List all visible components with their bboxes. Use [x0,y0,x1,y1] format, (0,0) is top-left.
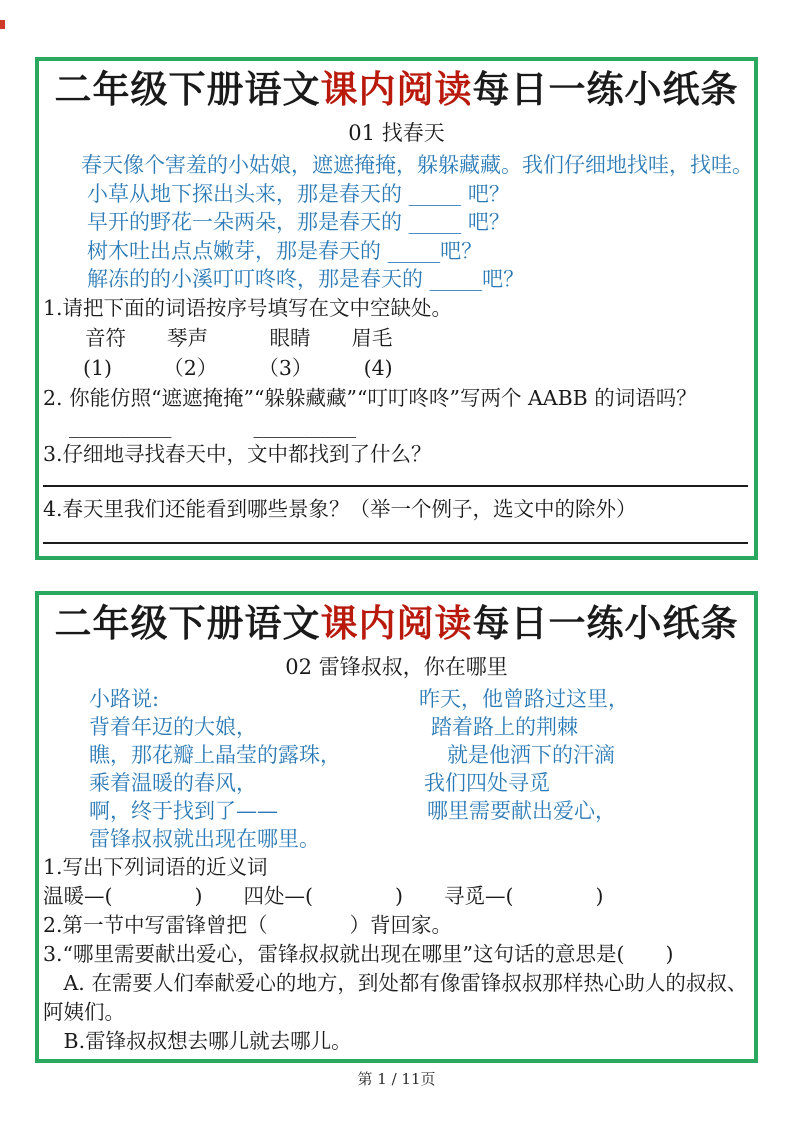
question-line: 温暖—( ) 四处—( ) 寻觅—( ) [43,882,750,911]
answer-line [43,485,748,487]
question-line: 1.写出下列词语的近义词 [43,853,750,882]
card-title-pre: 二年级下册语文 [55,601,321,645]
answer-line [43,542,748,544]
lesson-subtitle: 01 找春天 [43,120,750,146]
poem-line-right [419,825,750,853]
question-line: B.雷锋叔叔想去哪儿就去哪儿。 [43,1027,750,1056]
poem-line-right: 哪里需要献出爱心， [419,797,750,825]
card-title: 二年级下册语文课内阅读每日一练小纸条 [43,65,750,113]
poem-line-left: 啊，终于找到了—— [89,797,419,825]
poem-line-right: 昨天，他曾路过这里， [419,685,750,713]
question-line: A. 在需要人们奉献爱心的地方，到处都有像雷锋叔叔那样热心助人的叔叔、阿姨们。 [43,969,750,1027]
poem-row: 背着年迈的大娘，踏着路上的荆棘 [43,713,750,741]
question-line: __________ __________ [43,413,750,440]
passage-line: 树木吐出点点嫩芽，那是春天的 _____吧？ [43,237,750,266]
card-title-post: 每日一练小纸条 [473,67,739,111]
passage-line: 春天像个害羞的小姑娘，遮遮掩掩，躲躲藏藏。我们仔细地找哇，找哇。 [43,151,750,180]
card-title-highlight: 课内阅读 [321,67,473,111]
red-corner-mark [0,20,5,29]
card-title-post: 每日一练小纸条 [473,601,739,645]
card-body: 小路说:昨天，他曾路过这里，背着年迈的大娘，踏着路上的荆棘瞧，那花瓣上晶莹的露珠… [43,685,750,1056]
passage-line: 解冻的的小溪叮叮咚咚，那是春天的 _____吧？ [43,265,750,294]
question-line: 音符 琴声 眼睛 眉毛 [43,323,750,353]
poem-line-left: 雷锋叔叔就出现在哪里。 [89,825,419,853]
question-line: 3.仔细地寻找春天中，文中都找到了什么？ [43,440,750,469]
passage-line: 早开的野花一朵两朵，那是春天的 _____ 吧？ [43,208,750,237]
poem-line-left: 乘着温暖的春风， [89,769,419,797]
poem-row: 啊，终于找到了——哪里需要献出爱心， [43,797,750,825]
card-title: 二年级下册语文课内阅读每日一练小纸条 [43,599,750,647]
page-number: 第 1 / 11页 [0,1068,793,1090]
lesson-subtitle: 02 雷锋叔叔，你在哪里 [43,654,750,680]
poem-row: 小路说:昨天，他曾路过这里， [43,685,750,713]
question-line: 1.请把下面的词语按序号填写在文中空缺处。 [43,294,750,323]
poem-row: 瞧，那花瓣上晶莹的露珠，就是他洒下的汗滴 [43,741,750,769]
poem-row: 雷锋叔叔就出现在哪里。 [43,825,750,853]
card-title-highlight: 课内阅读 [321,601,473,645]
worksheet-card-2: 二年级下册语文课内阅读每日一练小纸条 02 雷锋叔叔，你在哪里 小路说:昨天，他… [35,591,758,1063]
poem-line-left: 背着年迈的大娘， [89,713,419,741]
passage-line: 小草从地下探出头来，那是春天的 _____ 吧？ [43,180,750,209]
poem-line-left: 瞧，那花瓣上晶莹的露珠， [89,741,419,769]
poem-line-right: 踏着路上的荆棘 [419,713,750,741]
question-line: (1) （2） （3） (4) [43,353,750,384]
card-body: 春天像个害羞的小姑娘，遮遮掩掩，躲躲藏藏。我们仔细地找哇，找哇。小草从地下探出头… [43,151,750,544]
question-line: 2. 你能仿照“遮遮掩掩”“躲躲藏藏”“叮叮咚咚”写两个 AABB 的词语吗？ [43,384,750,413]
card-title-pre: 二年级下册语文 [55,67,321,111]
question-line: 3.“哪里需要献出爱心，雷锋叔叔就出现在哪里”这句话的意思是( ) [43,940,750,969]
poem-row: 乘着温暖的春风，我们四处寻觅 [43,769,750,797]
question-line: 2.第一节中写雷锋曾把（ ）背回家。 [43,911,750,940]
poem-line-left: 小路说: [89,685,419,713]
question-line: 4.春天里我们还能看到哪些景象？（举一个例子，选文中的除外） [43,495,750,524]
worksheet-card-1: 二年级下册语文课内阅读每日一练小纸条 01 找春天 春天像个害羞的小姑娘，遮遮掩… [35,57,758,560]
poem-line-right: 就是他洒下的汗滴 [419,741,750,769]
poem-line-right: 我们四处寻觅 [419,769,750,797]
